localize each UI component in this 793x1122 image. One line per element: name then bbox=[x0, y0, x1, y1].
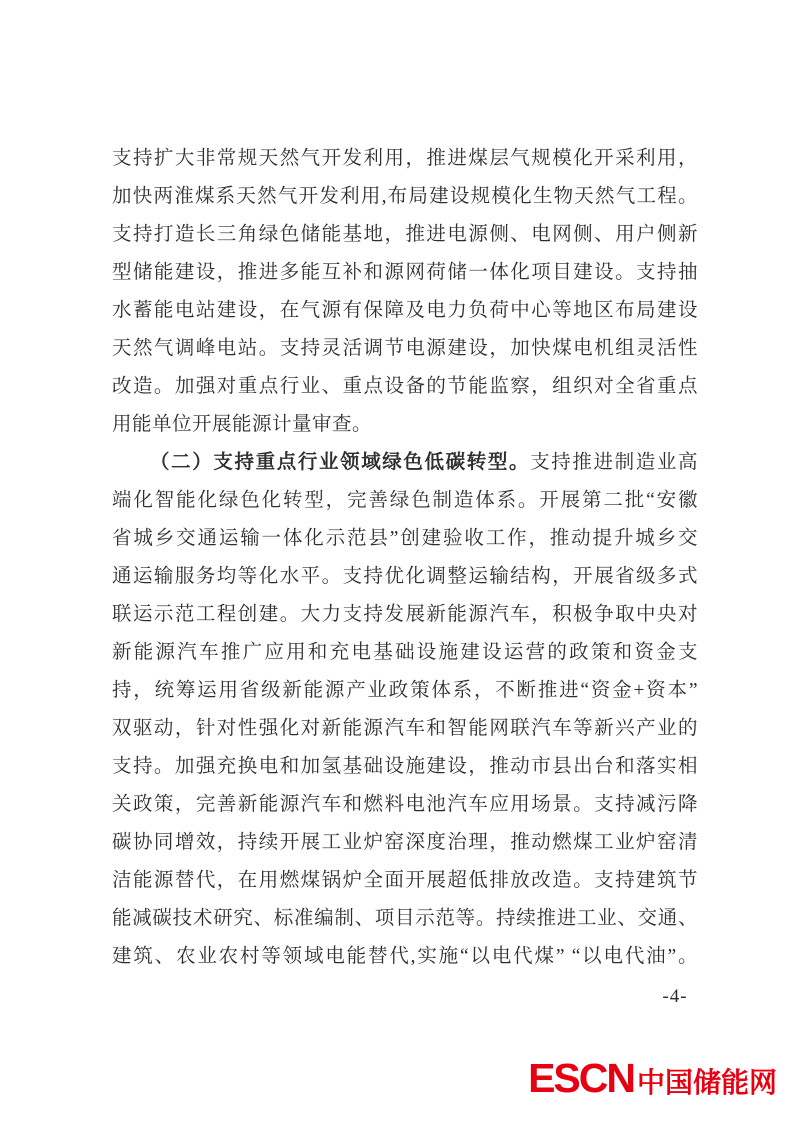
text-line: 通运输服务均等化水平。支持优化调整运输结构，开展省级多式 bbox=[112, 558, 698, 596]
text-line: 持，统筹运用省级新能源产业政策体系，不断推进“资金+资本” bbox=[112, 672, 698, 710]
page-number: -4- bbox=[650, 986, 700, 1008]
text-segment: 通运输服务均等化水平。支持优化调整运输结构，开展省级多式 bbox=[112, 566, 698, 587]
text-line: 型储能建设，推进多能互补和源网荷储一体化项目建设。支持抽 bbox=[112, 254, 698, 292]
text-segment: 关政策，完善新能源汽车和燃料电池汽车应用场景。支持减污降 bbox=[112, 794, 698, 815]
text-line: 支持打造长三角绿色储能基地，推进电源侧、电网侧、用户侧新 bbox=[112, 216, 698, 254]
text-line: （二）支持重点行业领域绿色低碳转型。支持推进制造业高 bbox=[112, 444, 698, 482]
text-segment: 支持打造长三角绿色储能基地，推进电源侧、电网侧、用户侧新 bbox=[112, 224, 698, 245]
escn-logo: ESCN 中国储能网 bbox=[528, 1058, 777, 1099]
text-line: 端化智能化绿色化转型，完善绿色制造体系。开展第二批“安徽 bbox=[112, 482, 698, 520]
text-segment: 型储能建设，推进多能互补和源网荷储一体化项目建设。支持抽 bbox=[112, 262, 698, 283]
text-segment: 改造。加强对重点行业、重点设备的节能监察，组织对全省重点 bbox=[112, 376, 698, 397]
text-segment: 支持扩大非常规天然气开发利用，推进煤层气规模化开采利用， bbox=[112, 148, 698, 169]
text-segment: 天然气调峰电站。支持灵活调节电源建设，加快煤电机组灵活性 bbox=[112, 338, 698, 359]
text-segment: 端化智能化绿色化转型，完善绿色制造体系。开展第二批“安徽 bbox=[112, 490, 698, 511]
text-line: 能减碳技术研究、标准编制、项目示范等。持续推进工业、交通、 bbox=[112, 900, 698, 938]
text-line: 水蓄能电站建设，在气源有保障及电力负荷中心等地区布局建设 bbox=[112, 292, 698, 330]
text-line: 支持。加强充换电和加氢基础设施建设，推动市县出台和落实相 bbox=[112, 748, 698, 786]
escn-logo-latin: ESCN bbox=[528, 1058, 634, 1099]
text-line: 改造。加强对重点行业、重点设备的节能监察，组织对全省重点 bbox=[112, 368, 698, 406]
text-segment: 新能源汽车推广应用和充电基础设施建设运营的政策和资金支 bbox=[112, 642, 698, 663]
text-line: 关政策，完善新能源汽车和燃料电池汽车应用场景。支持减污降 bbox=[112, 786, 698, 824]
text-segment: 支持。加强充换电和加氢基础设施建设，推动市县出台和落实相 bbox=[112, 756, 698, 777]
text-segment: 双驱动，针对性强化对新能源汽车和智能网联汽车等新兴产业的 bbox=[112, 718, 698, 739]
text-line: 联运示范工程创建。大力支持发展新能源汽车，积极争取中央对 bbox=[112, 596, 698, 634]
document-body: 支持扩大非常规天然气开发利用，推进煤层气规模化开采利用，加快两淮煤系天然气开发利… bbox=[112, 140, 698, 976]
text-segment: 加快两淮煤系天然气开发利用,布局建设规模化生物天然气工程。 bbox=[112, 186, 698, 207]
text-segment: 能减碳技术研究、标准编制、项目示范等。持续推进工业、交通、 bbox=[112, 908, 698, 929]
text-line: 天然气调峰电站。支持灵活调节电源建设，加快煤电机组灵活性 bbox=[112, 330, 698, 368]
text-segment: 持，统筹运用省级新能源产业政策体系，不断推进“资金+资本” bbox=[112, 680, 698, 701]
text-line: 支持扩大非常规天然气开发利用，推进煤层气规模化开采利用， bbox=[112, 140, 698, 178]
section-heading-segment: （二）支持重点行业领域绿色低碳转型。 bbox=[150, 452, 530, 473]
text-segment: 省城乡交通运输一体化示范县”创建验收工作，推动提升城乡交 bbox=[112, 528, 698, 549]
document-page: 支持扩大非常规天然气开发利用，推进煤层气规模化开采利用，加快两淮煤系天然气开发利… bbox=[0, 0, 793, 1122]
text-line: 洁能源替代，在用燃煤锅炉全面开展超低排放改造。支持建筑节 bbox=[112, 862, 698, 900]
text-segment: 碳协同增效，持续开展工业炉窑深度治理，推动燃煤工业炉窑清 bbox=[112, 832, 698, 853]
text-line: 省城乡交通运输一体化示范县”创建验收工作，推动提升城乡交 bbox=[112, 520, 698, 558]
text-line: 建筑、农业农村等领域电能替代,实施“以电代煤” “以电代油”。 bbox=[112, 938, 698, 976]
escn-logo-chinese: 中国储能网 bbox=[637, 1069, 777, 1097]
text-line: 用能单位开展能源计量审查。 bbox=[112, 406, 698, 444]
text-segment: 支持推进制造业高 bbox=[530, 452, 698, 473]
text-line: 新能源汽车推广应用和充电基础设施建设运营的政策和资金支 bbox=[112, 634, 698, 672]
text-segment: 用能单位开展能源计量审查。 bbox=[112, 414, 372, 435]
text-segment: 洁能源替代，在用燃煤锅炉全面开展超低排放改造。支持建筑节 bbox=[112, 870, 698, 891]
text-segment: 水蓄能电站建设，在气源有保障及电力负荷中心等地区布局建设 bbox=[112, 300, 698, 321]
text-line: 加快两淮煤系天然气开发利用,布局建设规模化生物天然气工程。 bbox=[112, 178, 698, 216]
text-segment: 建筑、农业农村等领域电能替代,实施“以电代煤” “以电代油”。 bbox=[112, 946, 698, 967]
text-line: 双驱动，针对性强化对新能源汽车和智能网联汽车等新兴产业的 bbox=[112, 710, 698, 748]
text-segment: 联运示范工程创建。大力支持发展新能源汽车，积极争取中央对 bbox=[112, 604, 698, 625]
text-line: 碳协同增效，持续开展工业炉窑深度治理，推动燃煤工业炉窑清 bbox=[112, 824, 698, 862]
